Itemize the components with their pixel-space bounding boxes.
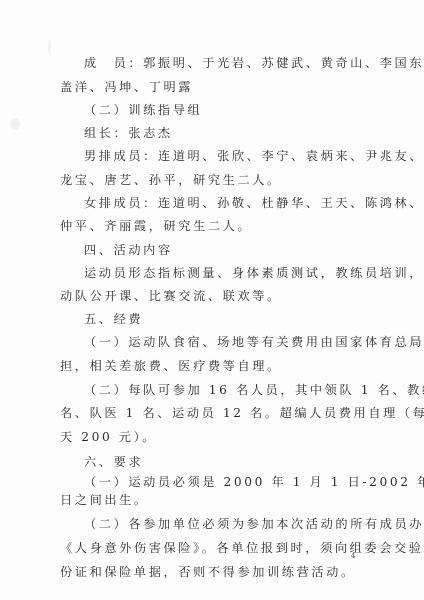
- members-line-1: 成 员：郭振明、于光岩、苏健武、黄奇山、李国东、: [84, 55, 424, 71]
- funding-item-2-line-1: （二）每队可参加 16 名人员，其中领队 1 名、教练员 2: [84, 382, 424, 398]
- funding-item-1-line-2: 担，相关差旅费、医疗费等自理。: [60, 358, 282, 374]
- funding-item-2-line-2: 名、队医 1 名、运动员 12 名。超编人员费用自理（每人每: [60, 405, 424, 421]
- activity-line-1: 运动员形态指标测量、身体素质测试，教练员培训，运: [84, 265, 424, 281]
- women-team-line-2: 仲平、齐丽霞，研究生二人。: [60, 218, 252, 234]
- scan-artifact: [10, 118, 20, 130]
- women-team-line-1: 女排成员：连道明、孙敬、杜静华、王天、陈鸿林、万: [84, 195, 424, 211]
- group-leader-line: 组长：张志杰: [84, 125, 173, 141]
- men-team-line-2: 龙宝、唐艺、孙平，研究生二人。: [60, 172, 282, 188]
- requirement-1-line-2: 日之间出生。: [60, 492, 149, 508]
- section-training-guidance-heading: （二）训练指导组: [84, 102, 202, 118]
- section-activity-heading: 四、活动内容: [84, 242, 173, 258]
- requirement-2-line-1: （二）各参加单位必须为参加本次活动的所有成员办理: [84, 516, 424, 532]
- document-page: 成 员：郭振明、于光岩、苏健武、黄奇山、李国东、 盖洋、冯坤、丁明露 （二）训练…: [0, 0, 424, 600]
- requirement-2-line-2: 《人身意外伤害保险》。各单位报到时，须向组委会交验身: [60, 540, 424, 556]
- members-line-2: 盖洋、冯坤、丁明露: [60, 79, 193, 95]
- scan-artifact: [48, 40, 51, 54]
- section-requirements-heading: 六、要求: [84, 454, 143, 470]
- requirement-2-line-3: 份证和保险单据，否则不得参加训练营活动。: [60, 564, 356, 580]
- men-team-line-1: 男排成员：连道明、张欣、李宁、袁炳来、尹兆友、盛: [84, 148, 424, 164]
- page-number: 4: [351, 552, 355, 560]
- funding-item-2-line-3: 天 200 元）。: [60, 429, 157, 445]
- section-funding-heading: 五、经费: [84, 311, 143, 327]
- activity-line-2: 动队公开课、比赛交流、联欢等。: [60, 288, 282, 304]
- requirement-1-line-1: （一）运动员必须是 2000 年 1 月 1 日-2002 年 12 月 31: [84, 474, 424, 490]
- funding-item-1-line-1: （一）运动队食宿、场地等有关费用由国家体育总局负: [84, 334, 424, 350]
